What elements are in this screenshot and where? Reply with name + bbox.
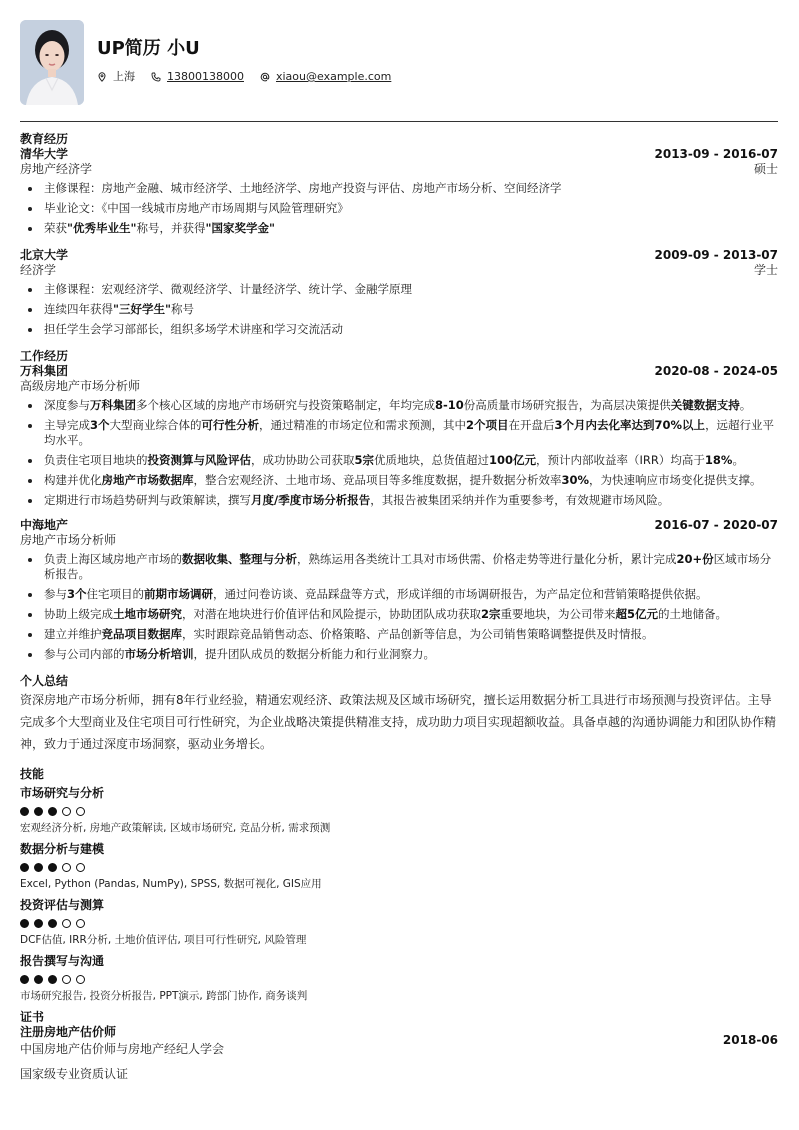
skill-rating (20, 975, 778, 984)
bullet-item: 建立并维护竞品项目数据库，实时跟踪竞品销售动态、价格策略、产品创新等信息，为公司… (20, 627, 778, 642)
education-bullets: 主修课程：宏观经济学、微观经济学、计量经济学、统计学、金融学原理连续四年获得"三… (20, 282, 778, 337)
filled-dot-icon (20, 975, 29, 984)
bullet-item: 担任学生会学习部部长，组织多场学术讲座和学习交流活动 (20, 322, 778, 337)
position: 房地产市场分析师 (20, 533, 778, 548)
skill-name: 报告撰写与沟通 (20, 954, 778, 969)
bullet-item: 主修课程：宏观经济学、微观经济学、计量经济学、统计学、金融学原理 (20, 282, 778, 297)
work-entry: 中海地产 2016-07 - 2020-07 房地产市场分析师 负责上海区域房地… (20, 518, 778, 662)
filled-dot-icon (48, 919, 57, 928)
skill-keywords: Excel, Python (Pandas, NumPy), SPSS, 数据可… (20, 878, 778, 891)
skill-name: 数据分析与建模 (20, 842, 778, 857)
skills-section: 技能 市场研究与分析宏观经济分析, 房地产政策解读, 区域市场研究, 竞品分析,… (20, 767, 778, 1003)
school-name: 清华大学 (20, 147, 68, 162)
education-entry: 北京大学 2009-09 - 2013-07 经济学 学士 主修课程：宏观经济学… (20, 248, 778, 337)
work-entry: 万科集团 2020-08 - 2024-05 高级房地产市场分析师 深度参与万科… (20, 364, 778, 508)
bullet-item: 负责住宅项目地块的投资测算与风险评估，成功协助公司获取5宗优质地块，总货值超过1… (20, 453, 778, 468)
skill-rating (20, 919, 778, 928)
bullet-item: 荣获"优秀毕业生"称号，并获得"国家奖学金" (20, 221, 778, 236)
work-date: 2016-07 - 2020-07 (655, 518, 779, 533)
bullet-item: 深度参与万科集团多个核心区域的房地产市场研究与投资策略制定，年均完成8-10份高… (20, 398, 778, 413)
portrait-icon (20, 20, 84, 105)
work-section: 工作经历 万科集团 2020-08 - 2024-05 高级房地产市场分析师 深… (20, 349, 778, 662)
summary-text: 资深房地产市场分析师，拥有8年行业经验，精通宏观经济、政策法规及区域市场研究，擅… (20, 689, 778, 755)
filled-dot-icon (34, 919, 43, 928)
section-title-certificates: 证书 (20, 1010, 778, 1025)
filled-dot-icon (34, 807, 43, 816)
section-title-education: 教育经历 (20, 132, 778, 147)
certificate-entry: 注册房地产估价师 2018-06 中国房地产估价师与房地产经纪人学会 国家级专业… (20, 1025, 778, 1082)
summary-section: 个人总结 资深房地产市场分析师，拥有8年行业经验，精通宏观经济、政策法规及区域市… (20, 674, 778, 755)
education-entry: 清华大学 2013-09 - 2016-07 房地产经济学 硕士 主修课程：房地… (20, 147, 778, 236)
filled-dot-icon (20, 919, 29, 928)
major: 房地产经济学 (20, 162, 92, 177)
avatar-photo (20, 20, 84, 105)
skill-rating (20, 863, 778, 872)
skill-item: 投资评估与测算DCF估值, IRR分析, 土地价值评估, 项目可行性研究, 风险… (20, 898, 778, 947)
contact-info: 上海 13800138000 xiaou@example.com (97, 69, 391, 86)
degree: 硕士 (754, 162, 778, 177)
empty-dot-icon (76, 975, 85, 984)
phone-link[interactable]: 13800138000 (167, 69, 244, 86)
skill-item: 数据分析与建模Excel, Python (Pandas, NumPy), SP… (20, 842, 778, 891)
position: 高级房地产市场分析师 (20, 379, 778, 394)
skill-item: 报告撰写与沟通市场研究报告, 投资分析报告, PPT演示, 跨部门协作, 商务谈… (20, 954, 778, 1003)
bullet-item: 定期进行市场趋势研判与政策解读，撰写月度/季度市场分析报告，其报告被集团采纳并作… (20, 493, 778, 508)
resume-page: UP简历 小U 上海 13800138000 xiaou@example.com… (20, 0, 778, 1082)
empty-dot-icon (76, 807, 85, 816)
degree: 学士 (754, 263, 778, 278)
filled-dot-icon (34, 863, 43, 872)
certificate-name: 注册房地产估价师 (20, 1025, 116, 1040)
skill-item: 市场研究与分析宏观经济分析, 房地产政策解读, 区域市场研究, 竞品分析, 需求… (20, 786, 778, 835)
education-bullets: 主修课程：房地产金融、城市经济学、土地经济学、房地产投资与评估、房地产市场分析、… (20, 181, 778, 236)
education-date: 2013-09 - 2016-07 (655, 147, 779, 162)
empty-dot-icon (76, 919, 85, 928)
location-text: 上海 (113, 69, 135, 86)
section-title-summary: 个人总结 (20, 674, 778, 689)
certificates-section: 证书 注册房地产估价师 2018-06 中国房地产估价师与房地产经纪人学会 国家… (20, 1010, 778, 1082)
skill-keywords: 宏观经济分析, 房地产政策解读, 区域市场研究, 竞品分析, 需求预测 (20, 822, 778, 835)
skill-name: 市场研究与分析 (20, 786, 778, 801)
phone-icon (151, 72, 161, 82)
bullet-item: 主导完成3个大型商业综合体的可行性分析，通过精准的市场定位和需求预测，其中2个项… (20, 418, 778, 448)
candidate-name: UP简历 小U (97, 38, 200, 60)
map-pin-icon (97, 72, 107, 82)
company-name: 万科集团 (20, 364, 68, 379)
school-name: 北京大学 (20, 248, 68, 263)
bullet-item: 构建并优化房地产市场数据库，整合宏观经济、土地市场、竞品项目等多维度数据，提升数… (20, 473, 778, 488)
filled-dot-icon (48, 975, 57, 984)
empty-dot-icon (62, 919, 71, 928)
email-link[interactable]: xiaou@example.com (276, 69, 391, 86)
company-name: 中海地产 (20, 518, 68, 533)
resume-header: UP简历 小U 上海 13800138000 xiaou@example.com (20, 0, 778, 122)
skill-keywords: DCF估值, IRR分析, 土地价值评估, 项目可行性研究, 风险管理 (20, 934, 778, 947)
filled-dot-icon (34, 975, 43, 984)
filled-dot-icon (48, 807, 57, 816)
section-title-skills: 技能 (20, 767, 778, 782)
section-title-work: 工作经历 (20, 349, 778, 364)
bullet-item: 参与公司内部的市场分析培训，提升团队成员的数据分析能力和行业洞察力。 (20, 647, 778, 662)
skill-rating (20, 807, 778, 816)
certificate-date: 2018-06 (723, 1033, 778, 1048)
bullet-item: 毕业论文：《中国一线城市房地产市场周期与风险管理研究》 (20, 201, 778, 216)
bullet-item: 负责上海区域房地产市场的数据收集、整理与分析，熟练运用各类统计工具对市场供需、价… (20, 552, 778, 582)
empty-dot-icon (76, 863, 85, 872)
certificate-issuer: 中国房地产估价师与房地产经纪人学会 (20, 1042, 778, 1057)
work-bullets: 负责上海区域房地产市场的数据收集、整理与分析，熟练运用各类统计工具对市场供需、价… (20, 552, 778, 662)
filled-dot-icon (20, 863, 29, 872)
bullet-item: 参与3个住宅项目的前期市场调研，通过问卷访谈、竞品踩盘等方式，形成详细的市场调研… (20, 587, 778, 602)
filled-dot-icon (48, 863, 57, 872)
at-sign-icon (260, 72, 270, 82)
major: 经济学 (20, 263, 56, 278)
bullet-item: 主修课程：房地产金融、城市经济学、土地经济学、房地产投资与评估、房地产市场分析、… (20, 181, 778, 196)
filled-dot-icon (20, 807, 29, 816)
skill-name: 投资评估与测算 (20, 898, 778, 913)
education-section: 教育经历 清华大学 2013-09 - 2016-07 房地产经济学 硕士 主修… (20, 132, 778, 337)
empty-dot-icon (62, 863, 71, 872)
bullet-item: 连续四年获得"三好学生"称号 (20, 302, 778, 317)
empty-dot-icon (62, 807, 71, 816)
education-date: 2009-09 - 2013-07 (655, 248, 779, 263)
bullet-item: 协助上级完成土地市场研究，对潜在地块进行价值评估和风险提示，协助团队成功获取2宗… (20, 607, 778, 622)
skill-keywords: 市场研究报告, 投资分析报告, PPT演示, 跨部门协作, 商务谈判 (20, 990, 778, 1003)
skills-list: 市场研究与分析宏观经济分析, 房地产政策解读, 区域市场研究, 竞品分析, 需求… (20, 786, 778, 1003)
work-date: 2020-08 - 2024-05 (655, 364, 779, 379)
certificate-description: 国家级专业资质认证 (20, 1067, 778, 1082)
work-bullets: 深度参与万科集团多个核心区域的房地产市场研究与投资策略制定，年均完成8-10份高… (20, 398, 778, 508)
empty-dot-icon (62, 975, 71, 984)
